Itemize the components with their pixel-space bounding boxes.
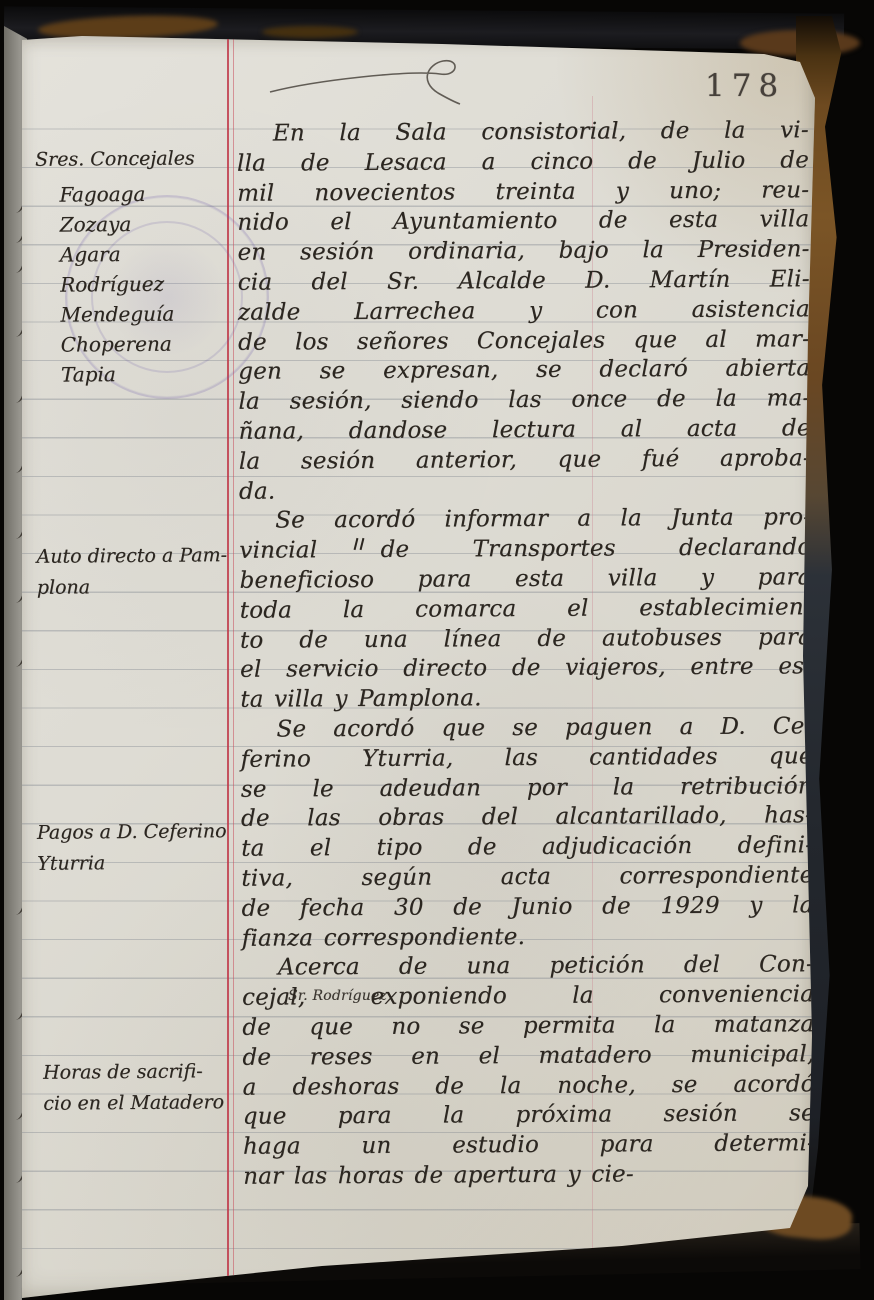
margin-note-line: Pagos a D. Ceferino xyxy=(37,816,237,849)
councilor-name: Choperena xyxy=(61,329,175,360)
handwritten-line: el servicio directo de viajeros, entre e… xyxy=(240,653,812,686)
handwritten-line: ñana, dandose lectura al acta de xyxy=(239,414,811,447)
handwritten-line: ferino Yturria, las cantidades que xyxy=(241,742,813,775)
councilor-name: Tapia xyxy=(61,359,175,390)
handwritten-line: toda la comarca el establecimien- xyxy=(240,593,812,626)
councilor-name: Zozaya xyxy=(60,209,174,240)
margin-note-line: cio en el Matadero xyxy=(43,1087,243,1120)
margin-note-line: plona xyxy=(37,571,237,604)
page-number: 178 xyxy=(705,68,785,104)
pen-flourish-icon xyxy=(262,52,474,110)
worn-leather-patch xyxy=(262,26,358,38)
handwritten-line: la sesión anterior, que fué aproba- xyxy=(239,444,811,477)
handwritten-line: da. xyxy=(239,474,811,507)
handwritten-line: zalde Larrechea y con asistencia xyxy=(238,295,810,328)
councilor-name: Agara xyxy=(60,239,174,270)
councilor-name: Fagoaga xyxy=(59,179,173,210)
handwritten-line: a deshoras de la noche, se acordó xyxy=(243,1070,815,1103)
handwritten-line: cia del Sr. Alcalde D. Martín Eli- xyxy=(238,265,810,298)
handwritten-line: nar las horas de apertura y cie- xyxy=(243,1159,815,1192)
handwritten-line: Se acordó informar a la Junta pro- xyxy=(239,504,811,537)
handwritten-line: de que no se permita la matanza xyxy=(242,1010,814,1043)
margin-note: Pagos a D. CeferinoYturria xyxy=(37,816,238,880)
correction-strokes-icon xyxy=(352,538,366,550)
handwritten-line: de reses en el matadero municipal, xyxy=(242,1040,814,1073)
manuscript-page: 178 Sres. Concejales FagoagaZozayaAgaraR… xyxy=(22,36,820,1300)
handwritten-line: de las obras del alcantarillado, has- xyxy=(241,802,813,835)
handwritten-line: la sesión, siendo las once de la ma- xyxy=(238,384,810,417)
margin-note: Auto directo a Pam-plona xyxy=(36,540,237,604)
margin-note: Horas de sacrifi-cio en el Matadero xyxy=(43,1056,244,1120)
handwritten-line: se le adeudan por la retribución xyxy=(241,772,813,805)
handwritten-line: nido el Ayuntamiento de esta villa xyxy=(237,206,809,239)
handwritten-line: mil novecientos treinta y uno; reu- xyxy=(237,176,809,209)
margin-note-line: Auto directo a Pam- xyxy=(36,540,236,573)
handwritten-line: to de una línea de autobuses para xyxy=(240,623,812,656)
bound-minutes-book-photo: 178 Sres. Concejales FagoagaZozayaAgaraR… xyxy=(0,0,874,1300)
interline-note: Sr. Rodríguez xyxy=(288,988,387,1004)
margin-note-line: Yturria xyxy=(37,847,237,880)
handwritten-line: de fecha 30 de Junio de 1929 y la xyxy=(241,891,813,924)
margin-note-line: Horas de sacrifi- xyxy=(43,1056,243,1089)
handwritten-line: en sesión ordinaria, bajo la Presiden- xyxy=(237,235,809,268)
handwritten-line: gen se expresan, se declaró abierta xyxy=(238,355,810,388)
handwritten-line: ta el tipo de adjudicación defini- xyxy=(241,831,813,864)
handwritten-line: ta villa y Pamplona. xyxy=(240,682,812,715)
handwritten-line: vincial de Transportes declarando xyxy=(239,533,811,566)
councilors-list: FagoagaZozayaAgaraRodríguezMendeguíaChop… xyxy=(59,179,175,390)
handwritten-line: fianza correspondiente. xyxy=(242,921,814,954)
handwritten-line: que para la próxima sesión se xyxy=(243,1100,815,1133)
handwritten-line: tiva, según acta correspondiente xyxy=(241,861,813,894)
handwritten-line: En la Sala consistorial, de la vi- xyxy=(237,116,809,149)
handwritten-line: Acerca de una petición del Con- xyxy=(242,951,814,984)
councilor-name: Rodríguez xyxy=(60,269,174,300)
handwritten-line: de los señores Concejales que al mar- xyxy=(238,325,810,358)
councilor-name: Mendeguía xyxy=(60,299,174,330)
handwritten-line: beneficioso para esta villa y para xyxy=(239,563,811,596)
handwritten-line: Se acordó que se paguen a D. Ce- xyxy=(240,712,812,745)
handwritten-line: haga un estudio para determi- xyxy=(243,1129,815,1162)
body-text: En la Sala consistorial, de la vi-lla de… xyxy=(237,116,816,1192)
attendees-heading: Sres. Concejales xyxy=(35,147,195,170)
handwritten-line: lla de Lesaca a cinco de Julio de xyxy=(237,146,809,179)
